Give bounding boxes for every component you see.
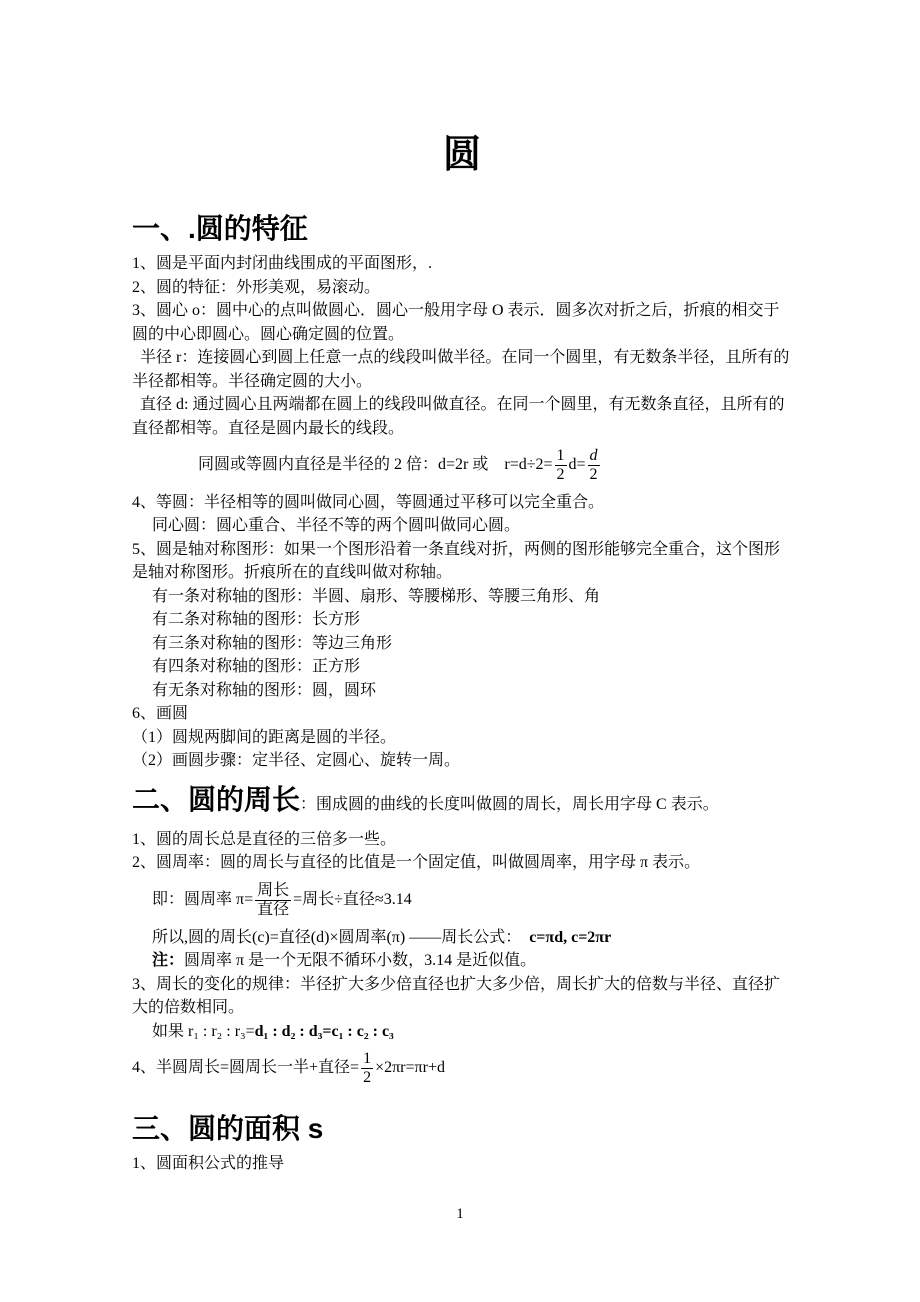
fraction-d-over-2: d2: [588, 447, 600, 484]
pi-formula-pre: 即：圆周率 π=: [152, 891, 253, 908]
axis-symmetry: 5、圆是轴对称图形：如果一个图形沿着一条直线对折，两侧的图形能够完全重合，这个图…: [132, 538, 792, 585]
document-page: 圆 一、.圆的特征 1、圆是平面内封闭曲线围成的平面图形，. 2、圆的特征：外形…: [0, 0, 920, 1302]
section-2-heading-suffix: ：围成圆的曲线的长度叫做圆的周长，周长用字母 C 表示。: [300, 796, 719, 813]
section-2-heading: 二、圆的周长：围成圆的曲线的长度叫做圆的周长，周长用字母 C 表示。: [132, 783, 792, 822]
scaling-rule: 3、周长的变化的规律：半径扩大多少倍直径也扩大多少倍，周长扩大的倍数与半径、直径…: [132, 973, 792, 1020]
section-2-heading-main: 二、圆的周长: [132, 784, 300, 815]
draw-circle-heading: 6、画圆: [132, 702, 792, 726]
section-3-heading: 三、圆的面积 s: [132, 1112, 792, 1146]
note-text: 圆周率 π 是一个无限不循环小数，3.14 是近似值。: [184, 952, 536, 969]
circumference-rule: 1、圆的周长总是直径的三倍多一些。: [132, 828, 792, 852]
concentric-circles: 同心圆：圆心重合、半径不等的两个圆叫做同心圆。: [152, 514, 792, 538]
page-number: 1: [0, 1203, 920, 1227]
note-label: 注：: [152, 952, 184, 969]
ratio-normal: 如果 r₁ : r₂ : r₃=: [152, 1023, 255, 1040]
pi-definition: 2、圆周率：圆的周长与直径的比值是一个固定值，叫做圆周率，用字母 π 表示。: [132, 851, 792, 875]
pi-ratio-formula: 即：圆周率 π=周长直径=周长÷直径≈3.14: [152, 875, 792, 926]
section-1-heading: 一、.圆的特征: [132, 212, 792, 246]
circumference-formula-text: 所以,圆的周长(c)=直径(d)×圆周率(π) ——周长公式：: [152, 929, 521, 946]
circle-definition: 1、圆是平面内封闭曲线围成的平面图形，.: [132, 252, 792, 276]
ratio-bold: d₁ : d₂ : d₃=c₁ : c₂ : c₃: [255, 1023, 394, 1040]
ratio-line: 如果 r₁ : r₂ : r₃=d₁ : d₂ : d₃=c₁ : c₂ : c…: [152, 1020, 792, 1044]
formula-mid: d=: [569, 456, 586, 473]
four-axis-shapes: 有四条对称轴的图形：正方形: [152, 655, 792, 679]
radius-definition: 半径 r：连接圆心到圆上任意一点的线段叫做半径。在同一个圆里，有无数条半径，且所…: [132, 346, 792, 393]
circle-center: 3、圆心 o：圆中心的点叫做圆心．圆心一般用字母 O 表示．圆多次对折之后，折痕…: [132, 299, 792, 346]
two-axis-shapes: 有二条对称轴的图形：长方形: [152, 608, 792, 632]
fraction-one-half: 12: [555, 447, 567, 484]
area-derivation: 1、圆面积公式的推导: [132, 1152, 792, 1176]
fraction-circumference-over-diameter: 周长直径: [255, 882, 291, 919]
circumference-formula-line: 所以,圆的周长(c)=直径(d)×圆周率(π) ——周长公式：c=πd, c=2…: [152, 926, 792, 950]
compass-note: （1）圆规两脚间的距离是圆的半径。: [132, 726, 792, 750]
draw-steps: （2）画圆步骤：定半径、定圆心、旋转一周。: [132, 749, 792, 773]
diameter-radius-formula: 同圆或等圆内直径是半径的 2 倍：d=2r 或r=d÷2=12d=d2: [198, 440, 792, 491]
infinite-axis-shapes: 有无条对称轴的图形：圆，圆环: [152, 679, 792, 703]
formula-text: 同圆或等圆内直径是半径的 2 倍：d=2r 或: [198, 456, 488, 473]
pi-note-line: 注：圆周率 π 是一个无限不循环小数，3.14 是近似值。: [152, 949, 792, 973]
equal-circles: 4、等圆：半径相等的圆叫做同心圆，等圆通过平移可以完全重合。: [132, 491, 792, 515]
circle-features: 2、圆的特征：外形美观，易滚动。: [132, 276, 792, 300]
semicircle-pre: 4、半圆周长=圆周长一半+直径=: [132, 1059, 359, 1076]
document-title: 圆: [132, 132, 792, 178]
formula-r-equation: r=d÷2=: [504, 456, 552, 473]
one-axis-shapes: 有一条对称轴的图形：半圆、扇形、等腰梯形、等腰三角形、角: [152, 585, 792, 609]
semicircle-post: ×2πr=πr+d: [375, 1059, 445, 1076]
diameter-definition: 直径 d: 通过圆心且两端都在圆上的线段叫做直径。在同一个圆里，有无数条直径，且…: [132, 393, 792, 440]
three-axis-shapes: 有三条对称轴的图形：等边三角形: [152, 632, 792, 656]
pi-formula-post: =周长÷直径≈3.14: [293, 891, 412, 908]
circumference-formula-bold: c=πd, c=2πr: [529, 929, 611, 946]
semicircle-formula: 4、半圆周长=圆周长一半+直径=12×2πr=πr+d: [132, 1043, 792, 1094]
fraction-one-half-2: 12: [361, 1050, 373, 1087]
